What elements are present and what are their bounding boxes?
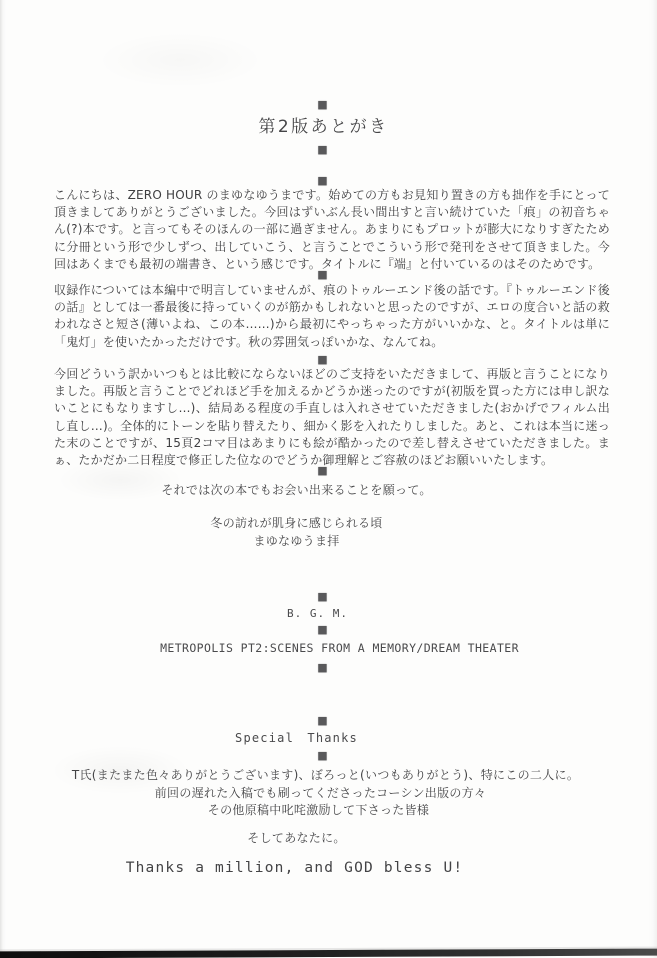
closing-wish-line: それでは次の本でもお会い出来ることを願って。 — [0, 481, 625, 498]
afterword-paragraph-1: こんにちは、ZERO HOUR のまゆなゆうまです。始めての方もお見知り置きの方… — [54, 187, 610, 273]
section-marker-icon: ■ — [0, 269, 651, 281]
thanks-line: T氏(またまた色々ありがとうございます)、ぼろっと(いつもありがとう)、特にこの… — [0, 766, 654, 783]
bgm-track: METROPOLIS PT2:SCENES FROM A MEMORY/DREA… — [11, 641, 657, 655]
section-marker-icon: ■ — [0, 354, 651, 366]
section-marker-icon: ■ — [0, 99, 651, 111]
afterword-paragraph-3: 今回どういう訳かいつもとは比較にならないほどのご支持をいただきまして、再版と言う… — [54, 366, 610, 469]
section-marker-icon: ■ — [0, 624, 651, 636]
thanks-and-you-line: そしてあなたに。 — [0, 829, 625, 846]
section-marker-icon: ■ — [0, 591, 651, 603]
bottom-scan-bar — [0, 949, 657, 958]
section-marker-icon: ■ — [0, 662, 651, 674]
section-marker-icon: ■ — [0, 144, 651, 156]
closing-season-line: 冬の訪れが肌身に感じられる頃 — [0, 514, 625, 531]
thanks-line: 前回の遅れた入稿でも刷ってくださったコーシン出版の方々 — [0, 784, 649, 801]
page-title: 第2版あとがき — [0, 112, 652, 137]
scan-page: ■ 第2版あとがき ■ ■ こんにちは、ZERO HOUR のまゆなゆうまです。… — [0, 0, 657, 958]
thanks-line: その他原稿中叱咤激励して下さった皆様 — [0, 801, 647, 818]
section-marker-icon: ■ — [0, 175, 651, 187]
special-thanks-heading: Special Thanks — [0, 731, 625, 745]
section-marker-icon: ■ — [0, 465, 651, 477]
section-marker-icon: ■ — [0, 715, 651, 727]
section-marker-icon: ■ — [0, 750, 651, 762]
signature-line: まゆなゆうま拝 — [0, 532, 625, 549]
afterword-paragraph-2: 収録作については本編中で明言していませんが、痕のトゥルーエンド後の話です。『トゥ… — [54, 282, 610, 351]
bgm-label: B. G. M. — [0, 607, 646, 620]
final-thanks-line: Thanks a million, and GOD bless U! — [0, 860, 623, 876]
